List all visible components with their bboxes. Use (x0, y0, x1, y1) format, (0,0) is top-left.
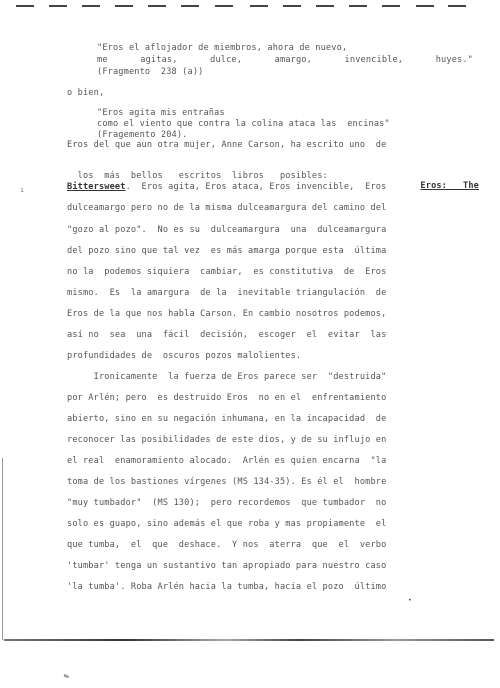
quote-word: me (97, 55, 108, 65)
header-dash (49, 5, 67, 7)
header-dash (82, 5, 100, 7)
bottom-edge-rule (4, 639, 494, 641)
body-line: reconocer las posibilidades de este dios… (67, 435, 386, 445)
body-line: "muy tumbador" (MS 130); pero recordemos… (67, 498, 386, 508)
body-line: 'la tumba'. Roba Arlén hacia la tumba, h… (67, 582, 386, 592)
body-line: Eros de la que nos habla Carson. En camb… (67, 309, 386, 319)
header-dash (181, 5, 199, 7)
body-line: profundidades de oscuros pozos malolient… (67, 351, 301, 361)
body-line: solo es guapo, sino además el que roba y… (67, 519, 386, 529)
quote2-line2: como el viento que contra la colina atac… (97, 119, 390, 129)
header-dash (16, 5, 34, 7)
header-dash (250, 5, 268, 7)
connector-text: o bien, (67, 88, 104, 98)
pen-mark-icon: ✎ (62, 671, 71, 682)
header-dash (316, 5, 334, 7)
left-edge-rule (2, 458, 3, 640)
header-dash (115, 5, 133, 7)
body-line: del pozo sino que tal vez es más amarga … (67, 246, 386, 256)
body-line: por Arlén; pero es destruido Eros no en … (67, 393, 386, 403)
quote1-citation: (Fragmento 238 (a)) (97, 67, 203, 77)
body-line: así no sea una fácil decisión, escoger e… (67, 330, 386, 340)
quote2-citation: (Fragemento 204). (97, 130, 188, 140)
body-text: los más bellos escritos libros posibles: (78, 171, 328, 181)
body-line: no la podemos siquiera cambiar, es const… (67, 267, 386, 277)
quote-word: invencible, (345, 55, 404, 65)
quote2-line1: "Eros agita mis entrañas (97, 108, 225, 118)
body-line: Bittersweet. Eros agita, Eros ataca, Ero… (67, 182, 479, 192)
body-line: Eros del que aun otra mujer, Anne Carson… (67, 140, 479, 150)
body-line: que tumba, el que deshace. Y nos aterra … (67, 540, 386, 550)
header-dash (382, 5, 400, 7)
header-dash (448, 5, 466, 7)
body-line: toma de los bastiones vírgenes (MS 134-3… (67, 477, 386, 487)
header-dash (349, 5, 367, 7)
quote-word: huyes." (436, 55, 473, 65)
header-dash (148, 5, 166, 7)
header-dash (416, 5, 434, 7)
body-line: 'tumbar' tenga un sustantivo tan apropia… (67, 561, 386, 571)
body-line: mismo. Es la amargura de la inevitable t… (67, 288, 386, 298)
header-dash-rule (0, 5, 500, 11)
quote-word: amargo, (275, 55, 312, 65)
stray-dot: • (408, 597, 412, 604)
body-line: "gozo al pozo". No es su dulceamargura u… (67, 225, 386, 235)
quote-word: dulce, (210, 55, 242, 65)
body-line: el real enamoramiento alocado. Arlén es … (67, 456, 386, 466)
header-dash (215, 5, 233, 7)
body-line: Ironicamente la fuerza de Eros parece se… (67, 372, 386, 382)
body-text: . Eros agita, Eros ataca, Eros invencibl… (126, 182, 387, 192)
quote1-line2: me agitas, dulce, amargo, invencible, hu… (97, 55, 473, 65)
body-line: abierto, sino en su negación inhumana, e… (67, 414, 386, 424)
quote-word: agitas, (140, 55, 177, 65)
quote1-line1: "Eros el aflojador de miembros, ahora de… (97, 43, 347, 53)
body-line: dulceamargo pero no de la misma dulceama… (67, 203, 386, 213)
margin-mark: ı (20, 186, 24, 194)
header-dash (283, 5, 301, 7)
book-title-cont: Bittersweet (67, 182, 126, 192)
